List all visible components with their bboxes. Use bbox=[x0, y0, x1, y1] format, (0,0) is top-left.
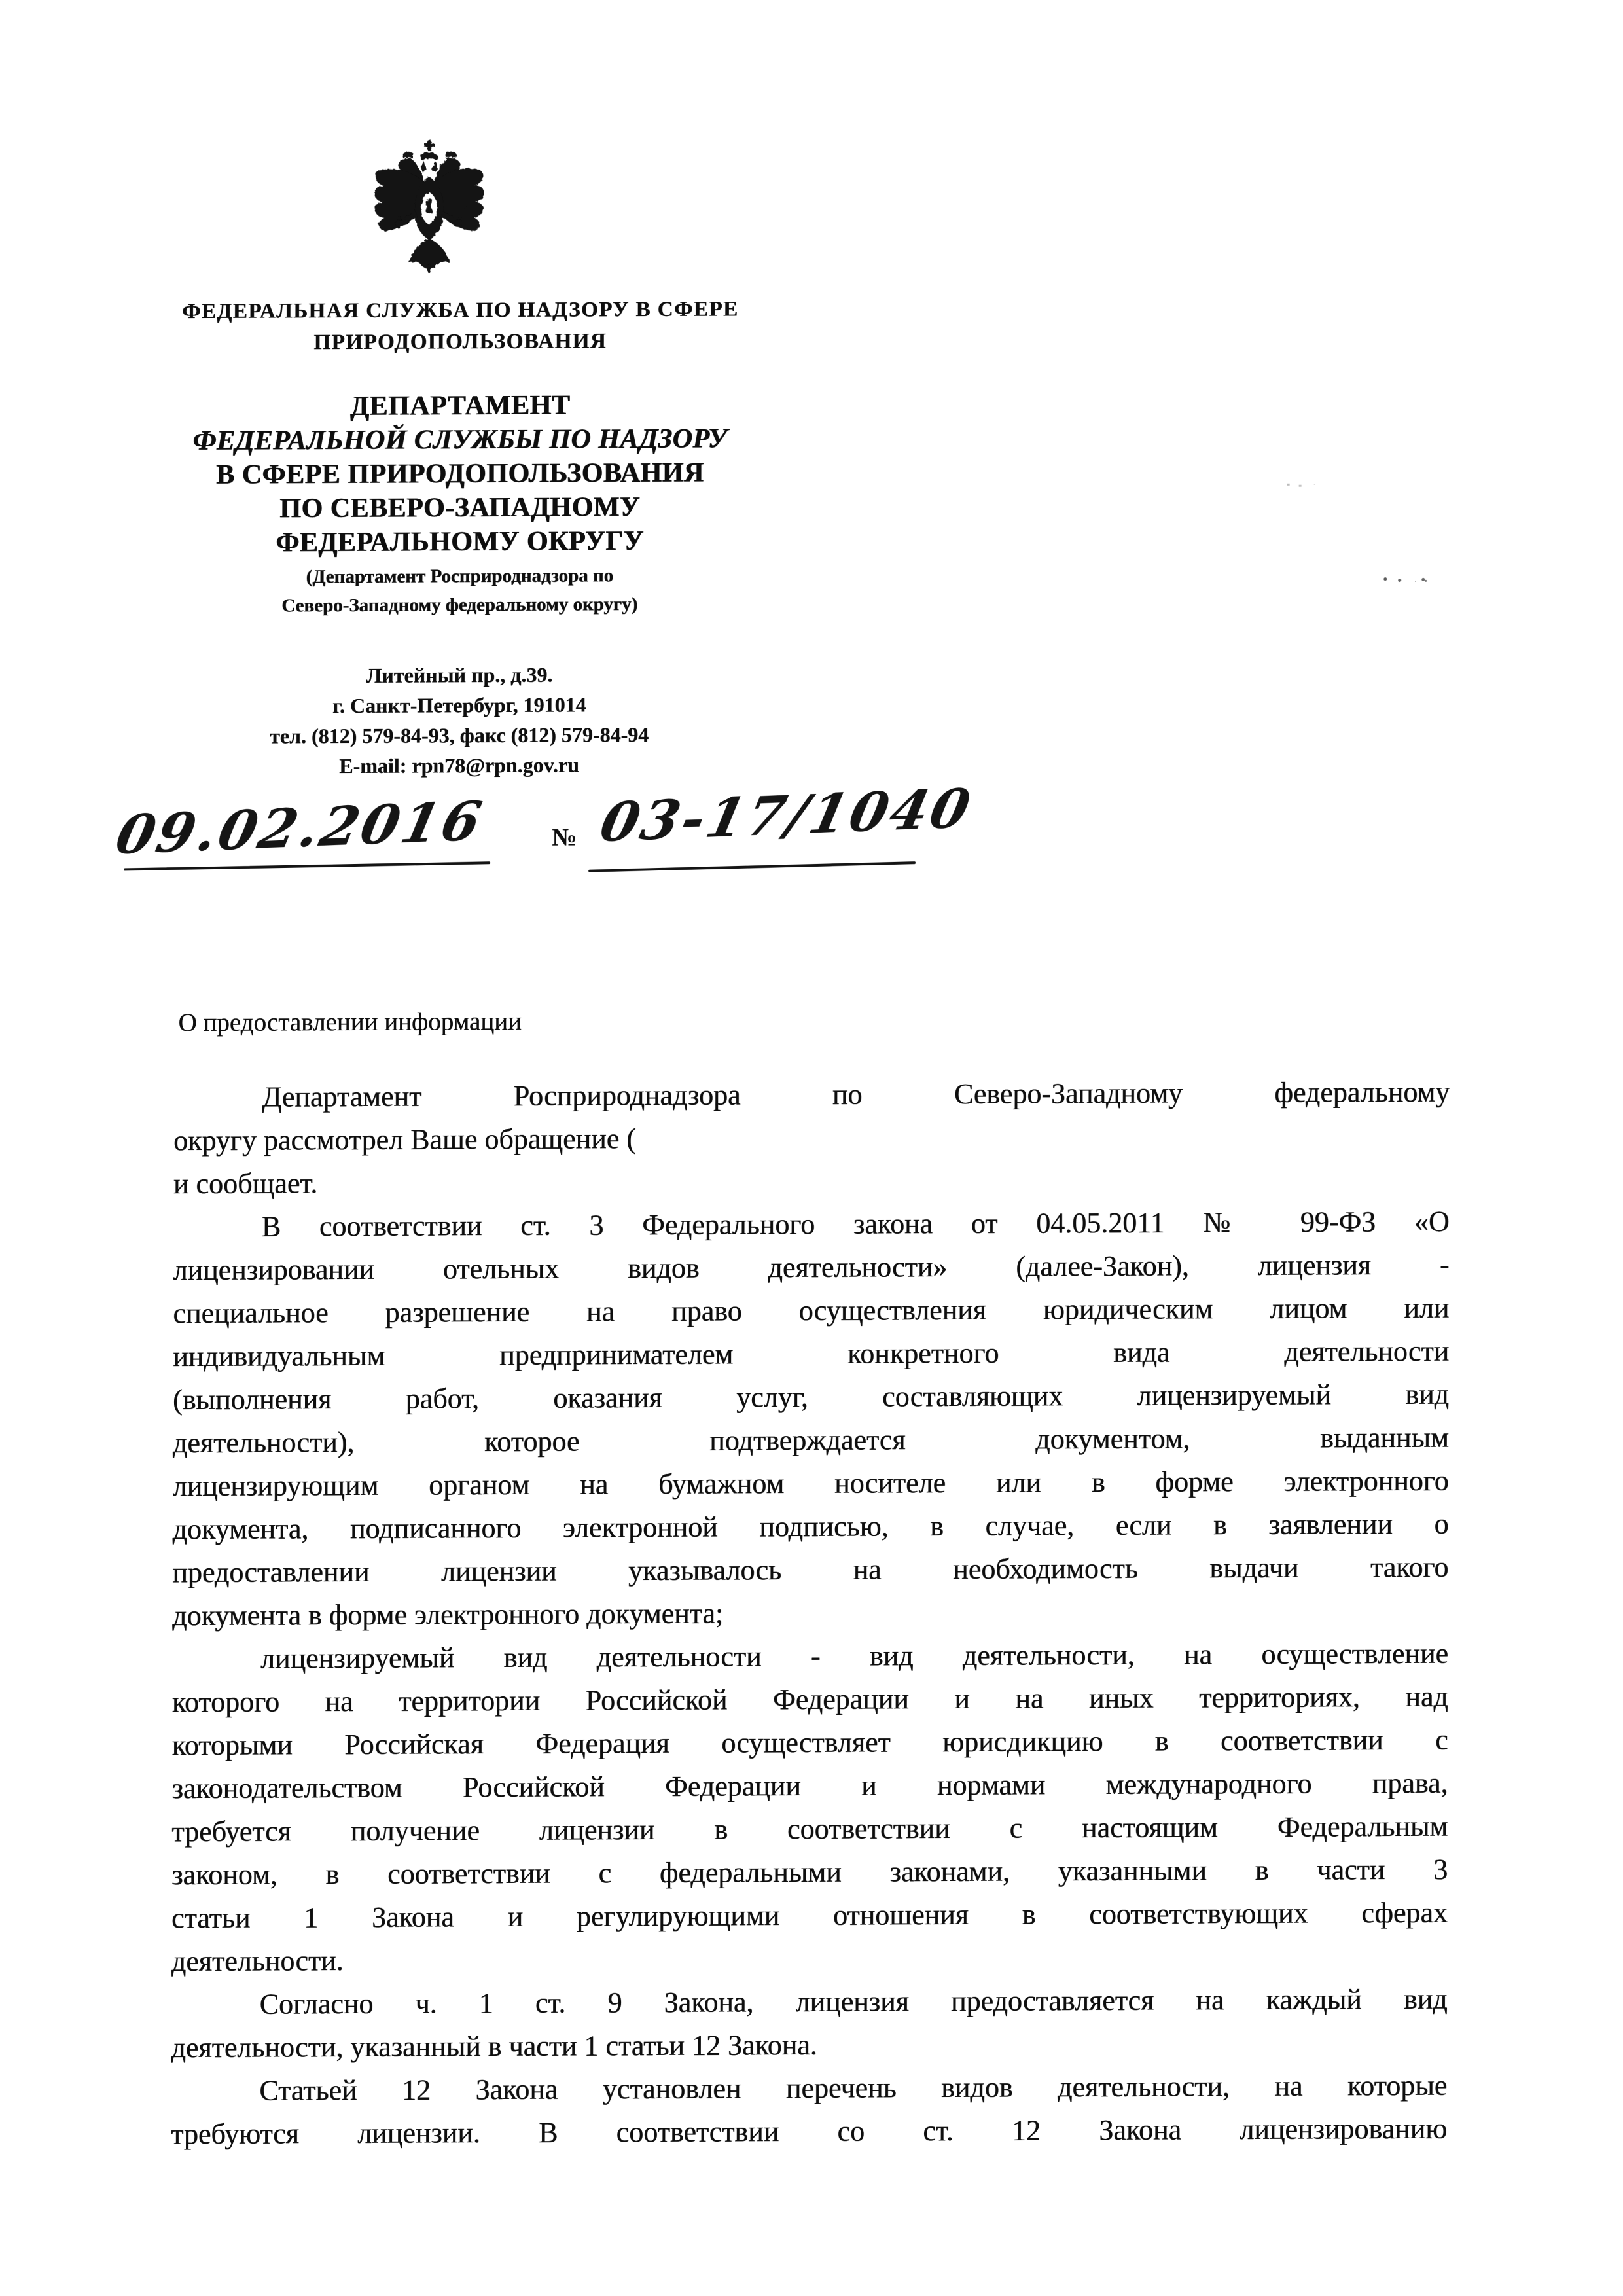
body-line: Согласно ч. 1 ст. 9 Закона, лицензия пре… bbox=[171, 1978, 1448, 2027]
address-line: г. Санкт-Петербург, 191014 bbox=[165, 689, 754, 721]
body-line: законодательством Российской Федерации и… bbox=[171, 1762, 1448, 1811]
number-underline bbox=[588, 861, 916, 872]
service-name-line1: ФЕДЕРАЛЬНАЯ СЛУЖБА ПО НАДЗОРУ В СФЕРЕ bbox=[166, 293, 755, 327]
letter-body: Департамент Росприроднадзора по Северо-З… bbox=[171, 1071, 1450, 2157]
body-line: деятельности. bbox=[171, 1935, 1448, 1984]
department-name-line: В СФЕРЕ ПРИРОДОПОЛЬЗОВАНИЯ bbox=[166, 456, 755, 492]
body-line: индивидуальным предпринимателем конкретн… bbox=[173, 1330, 1449, 1379]
service-name-line2: ПРИРОДОПОЛЬЗОВАНИЯ bbox=[166, 325, 755, 359]
department-short-name-block: (Департамент Росприроднадзора поСеверо-З… bbox=[165, 560, 754, 620]
federal-service-name: ФЕДЕРАЛЬНАЯ СЛУЖБА ПО НАДЗОРУ В СФЕРЕ ПР… bbox=[166, 293, 755, 359]
subject-line: О предоставлении информации bbox=[178, 1007, 521, 1037]
body-line: деятельности), которое подтверждается до… bbox=[173, 1416, 1449, 1465]
body-line: и сообщает. bbox=[173, 1157, 1450, 1206]
handwritten-number: 03-17/1040 bbox=[595, 777, 978, 854]
body-line: лицензировании отельных видов деятельнос… bbox=[173, 1244, 1449, 1293]
department-short-name-line: Северо-Западному федеральному округу) bbox=[165, 589, 754, 620]
body-line: требуются лицензии. В соответствии со ст… bbox=[171, 2108, 1447, 2157]
address-block: Литейный пр., д.39.г. Санкт-Петербург, 1… bbox=[164, 658, 753, 781]
address-line: тел. (812) 579-84-93, факс (812) 579-84-… bbox=[165, 719, 754, 751]
scanned-letter-page: ФЕДЕРАЛЬНАЯ СЛУЖБА ПО НАДЗОРУ В СФЕРЕ ПР… bbox=[0, 0, 1623, 2296]
department-name-block: ДЕПАРТАМЕНТФЕДЕРАЛЬНОЙ СЛУЖБЫ ПО НАДЗОРУ… bbox=[165, 387, 755, 560]
body-line: предоставлении лицензии указывалось на н… bbox=[172, 1546, 1448, 1595]
coat-of-arms-icon bbox=[366, 139, 492, 278]
body-line: Статьей 12 Закона установлен перечень ви… bbox=[171, 2064, 1447, 2113]
body-line: которого на территории Российской Федера… bbox=[172, 1676, 1448, 1725]
body-line: лицензирующим органом на бумажном носите… bbox=[173, 1460, 1449, 1509]
scan-noise-dots bbox=[1383, 577, 1387, 581]
reference-line: 09.02.2016 № 03-17/1040 bbox=[79, 792, 1061, 888]
address-line: Литейный пр., д.39. bbox=[165, 658, 754, 691]
handwritten-date: 09.02.2016 bbox=[111, 790, 490, 867]
body-line: документа, подписанного электронной подп… bbox=[172, 1503, 1448, 1552]
department-name-line: ДЕПАРТАМЕНТ bbox=[166, 387, 755, 424]
body-line: которыми Российская Федерация осуществля… bbox=[172, 1719, 1448, 1768]
body-line: законом, в соответствии с федеральными з… bbox=[171, 1848, 1448, 1897]
address-line: E-mail: rpn78@rpn.gov.ru bbox=[164, 749, 753, 781]
body-line: статьи 1 Закона и регулирующими отношени… bbox=[171, 1892, 1448, 1941]
body-line: требуется получение лицензии в соответст… bbox=[171, 1805, 1448, 1854]
department-short-name-line: (Департамент Росприроднадзора по bbox=[165, 560, 754, 592]
body-line: Департамент Росприроднадзора по Северо-З… bbox=[173, 1071, 1450, 1120]
number-sign: № bbox=[552, 823, 577, 852]
body-line: деятельности, указанный в части 1 статьи… bbox=[171, 2021, 1447, 2070]
body-line: документа в форме электронного документа… bbox=[172, 1589, 1448, 1638]
department-name-line: ФЕДЕРАЛЬНОЙ СЛУЖБЫ ПО НАДЗОРУ bbox=[166, 422, 755, 458]
body-line: специальное разрешение на право осуществ… bbox=[173, 1287, 1449, 1336]
department-name-line: ФЕДЕРАЛЬНОМУ ОКРУГУ bbox=[165, 524, 754, 560]
body-line: округу рассмотрел Ваше обращение ( bbox=[173, 1114, 1450, 1163]
scan-noise-dots-faint bbox=[1287, 484, 1290, 486]
body-line: лицензируемый вид деятельности - вид дея… bbox=[172, 1632, 1448, 1681]
department-name-line: ПО СЕВЕРО-ЗАПАДНОМУ bbox=[166, 490, 755, 526]
body-line: В соответствии ст. 3 Федерального закона… bbox=[173, 1200, 1450, 1249]
scan-surface: ФЕДЕРАЛЬНАЯ СЛУЖБА ПО НАДЗОРУ В СФЕРЕ ПР… bbox=[0, 0, 1623, 2296]
body-line: (выполнения работ, оказания услуг, соста… bbox=[173, 1373, 1449, 1422]
